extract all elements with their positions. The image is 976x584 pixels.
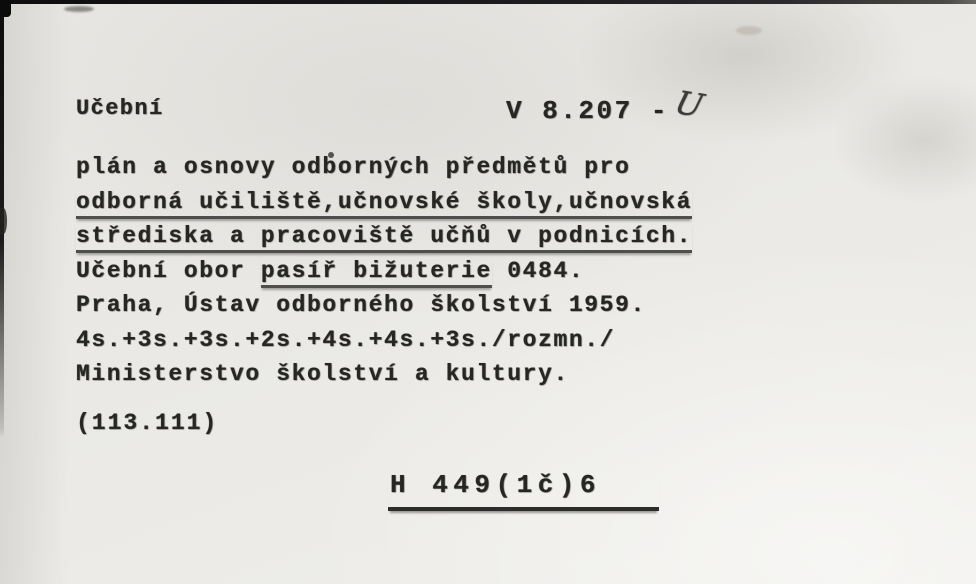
title-line-4: Učební obor pasíř bižuterie 0484.: [76, 256, 692, 291]
scan-corner-artifact: [0, 0, 11, 17]
text-segment: plán a osnovy odborných předmětů pro: [76, 154, 630, 180]
heading-word: Učební: [76, 96, 164, 121]
underlined-text-segment: střediska a pracoviště učňů v podnicích.: [76, 223, 692, 253]
publisher-line: Ministerstvo školství a kultury.: [76, 359, 692, 394]
title-line-3: střediska a pracoviště učňů v podnicích.: [76, 221, 692, 256]
scan-smudge: [64, 6, 94, 12]
title-line-1: plán a osnovy odborných předmětů pro: [76, 152, 692, 187]
text-segment: Praha, Ústav odborného školství 1959.: [76, 292, 646, 318]
imprint-line: Praha, Ústav odborného školství 1959.: [76, 290, 692, 325]
title-line-2: odborná učiliště,učnovské školy,učnovská: [76, 187, 692, 222]
text-segment: 0484.: [492, 258, 584, 284]
text-segment: Učební obor: [76, 258, 261, 284]
handwritten-mark: U: [671, 83, 710, 125]
text-segment: 4s.+3s.+3s.+2s.+4s.+4s.+3s./rozmn./: [76, 327, 615, 353]
underlined-text-segment: odborná učiliště,učnovské školy,učnovská: [76, 189, 692, 219]
shelf-mark: H 449(1č)6: [388, 470, 659, 511]
title-block: plán a osnovy odborných předmětů pro odb…: [76, 152, 692, 394]
collation-line: 4s.+3s.+3s.+2s.+4s.+4s.+3s./rozmn./: [76, 325, 692, 360]
call-number-text: V 8.207 -: [506, 96, 669, 126]
text-segment: Ministerstvo školství a kultury.: [76, 361, 569, 387]
underlined-text-segment: pasíř bižuterie: [261, 258, 492, 288]
call-number: V 8.207 -U: [506, 88, 704, 126]
paper-stain: [736, 26, 762, 35]
scan-edge-nick: [0, 208, 7, 234]
catalog-card-scan: Učební V 8.207 -U plán a osnovy odbornýc…: [0, 0, 976, 584]
scan-edge-top: [0, 0, 976, 4]
udc-number: (113.111): [76, 410, 218, 436]
shelf-mark-text: H 449(1č)6: [390, 470, 601, 500]
